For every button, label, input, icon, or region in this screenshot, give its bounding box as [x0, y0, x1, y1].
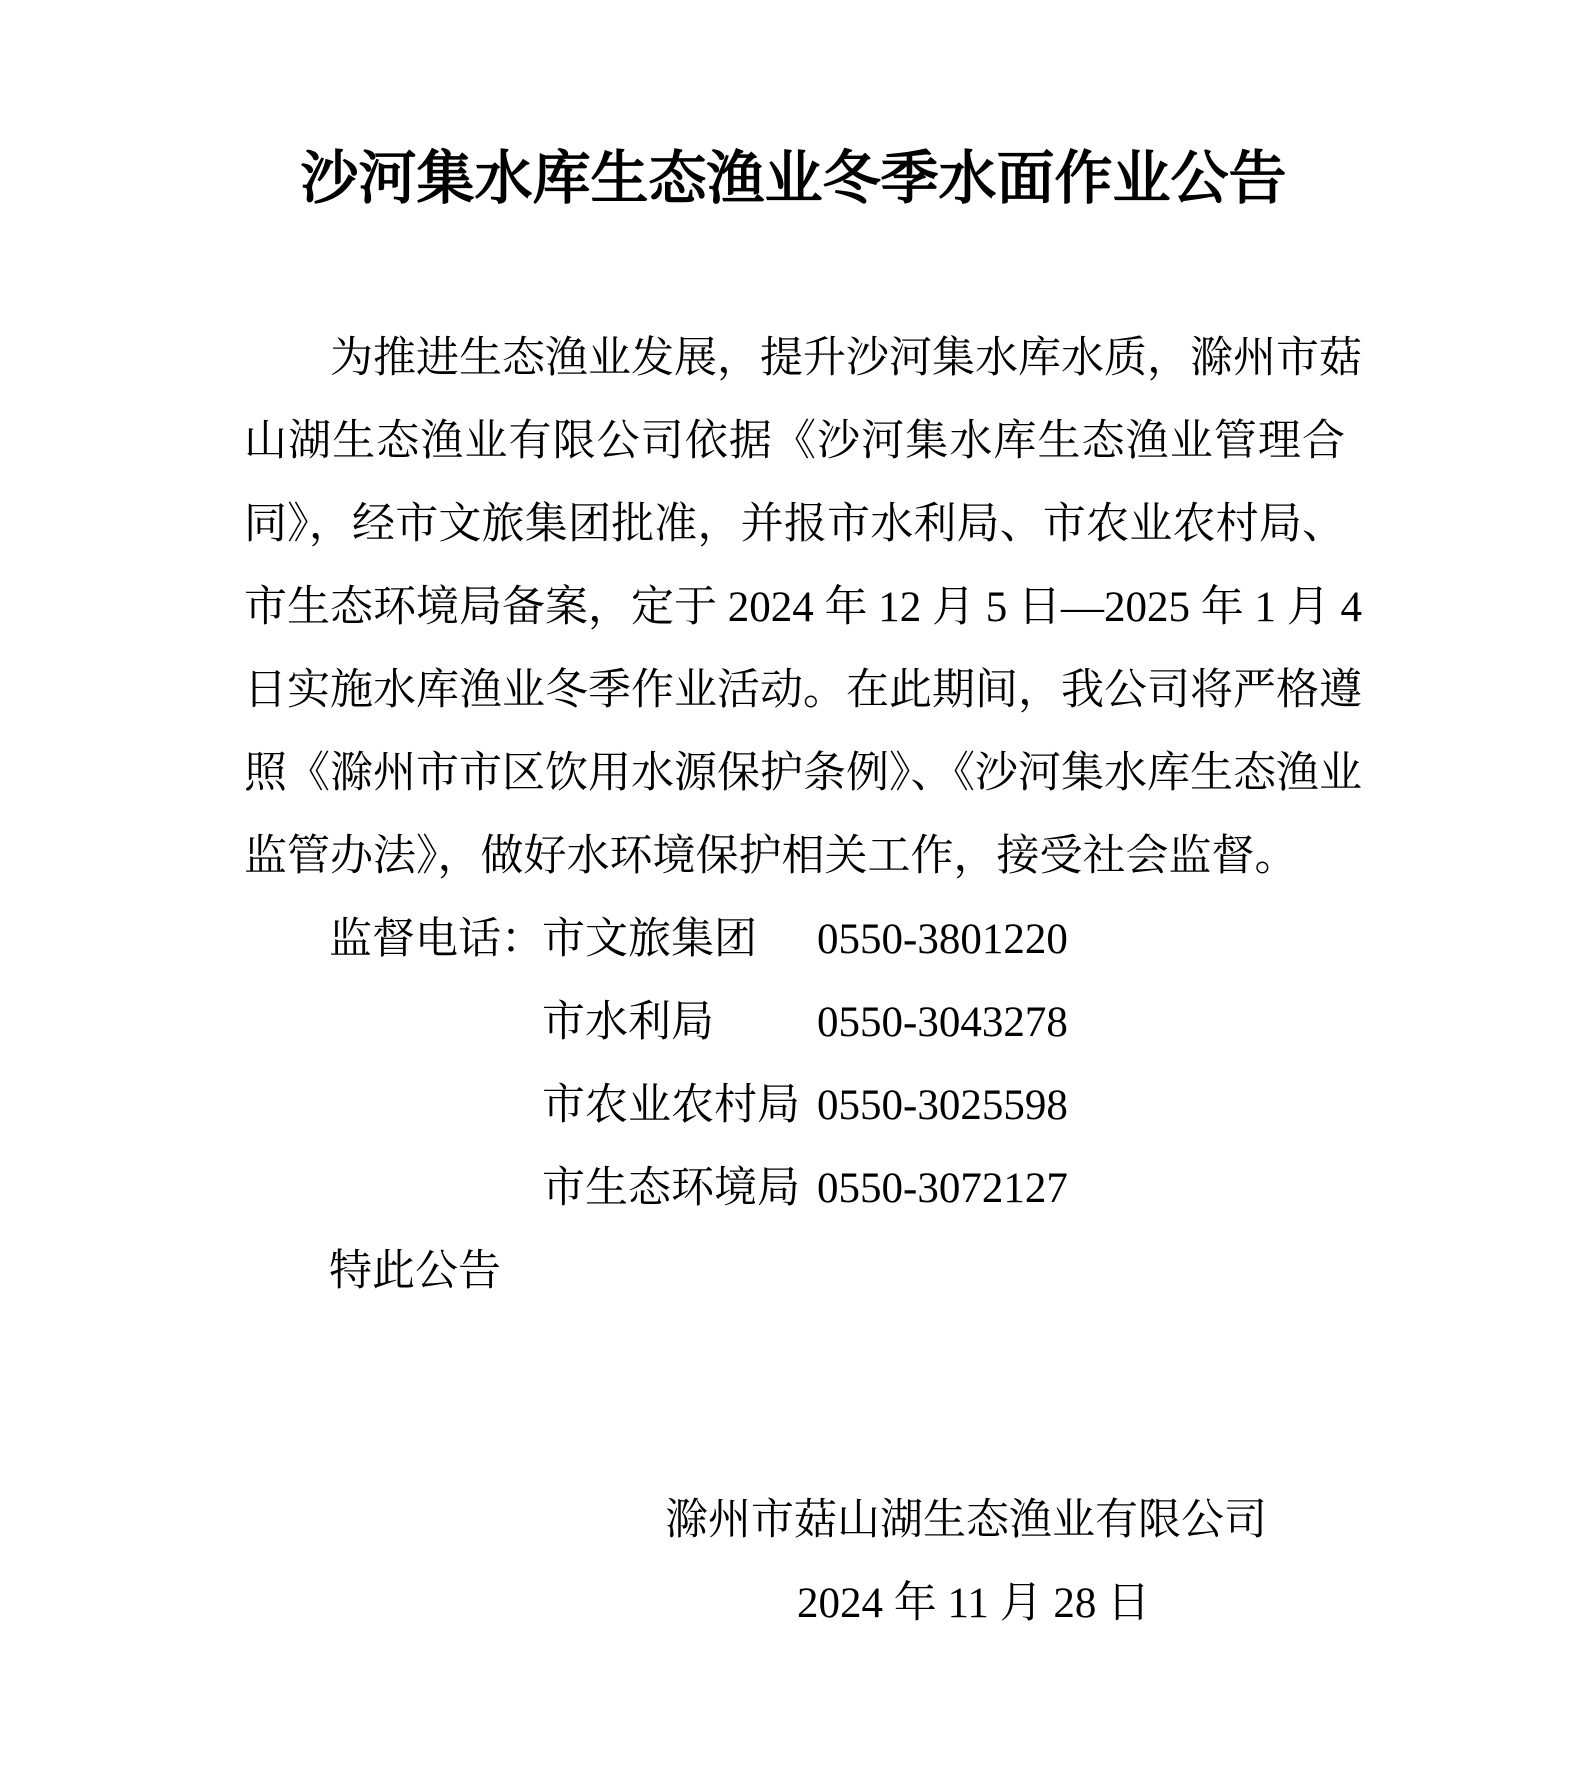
- hotline-org: 市农业农村局: [542, 1064, 800, 1147]
- hotline-phone: 0550-3043278: [817, 981, 1068, 1064]
- paragraph-line: 照《滁州市市区饮用水源保护条例》、《沙河集水库生态渔业: [244, 732, 1345, 815]
- paragraph-line: 日实施水库渔业冬季作业活动。在此期间，我公司将严格遵: [244, 649, 1345, 732]
- hotline-org: 市文旅集团: [542, 898, 757, 981]
- paragraph-line: 市生态环境局备案，定于 2024 年 12 月 5 日—2025 年 1 月 4: [244, 566, 1345, 649]
- document-body: 为推进生态渔业发展，提升沙河集水库水质，滁州市菇 山湖生态渔业有限公司依据《沙河…: [244, 317, 1345, 1645]
- signature-company: 滁州市菇山湖生态渔业有限公司: [244, 1479, 1345, 1562]
- hotline-phone: 0550-3801220: [817, 898, 1068, 981]
- blank-line: [244, 1396, 1345, 1479]
- paragraph-line: 同》，经市文旅集团批准，并报市水利局、市农业农村局、: [244, 483, 1345, 566]
- hotline-label: 监督电话：: [329, 898, 544, 981]
- blank-line: [244, 1313, 1345, 1396]
- hotline-org: 市水利局: [542, 981, 714, 1064]
- signature-date: 2024 年 11 月 28 日: [244, 1562, 1345, 1645]
- paragraph-line: 监管办法》，做好水环境保护相关工作，接受社会监督。: [244, 815, 1345, 898]
- hotline-phone: 0550-3072127: [817, 1147, 1068, 1230]
- document-title: 沙河集水库生态渔业冬季水面作业公告: [0, 0, 1587, 225]
- hotline-org: 市生态环境局: [542, 1147, 800, 1230]
- hotline-row: 市水利局 0550-3043278: [244, 981, 1345, 1064]
- paragraph-line: 山湖生态渔业有限公司依据《沙河集水库生态渔业管理合: [244, 400, 1345, 483]
- hotline-row: 市农业农村局 0550-3025598: [244, 1064, 1345, 1147]
- hotline-phone: 0550-3025598: [817, 1064, 1068, 1147]
- hotline-row: 监督电话： 市文旅集团 0550-3801220: [244, 898, 1345, 981]
- paragraph-line: 为推进生态渔业发展，提升沙河集水库水质，滁州市菇: [244, 317, 1345, 400]
- document-page: 沙河集水库生态渔业冬季水面作业公告 为推进生态渔业发展，提升沙河集水库水质，滁州…: [0, 0, 1587, 1785]
- hotline-row: 市生态环境局 0550-3072127: [244, 1147, 1345, 1230]
- closing-statement: 特此公告: [244, 1230, 1345, 1313]
